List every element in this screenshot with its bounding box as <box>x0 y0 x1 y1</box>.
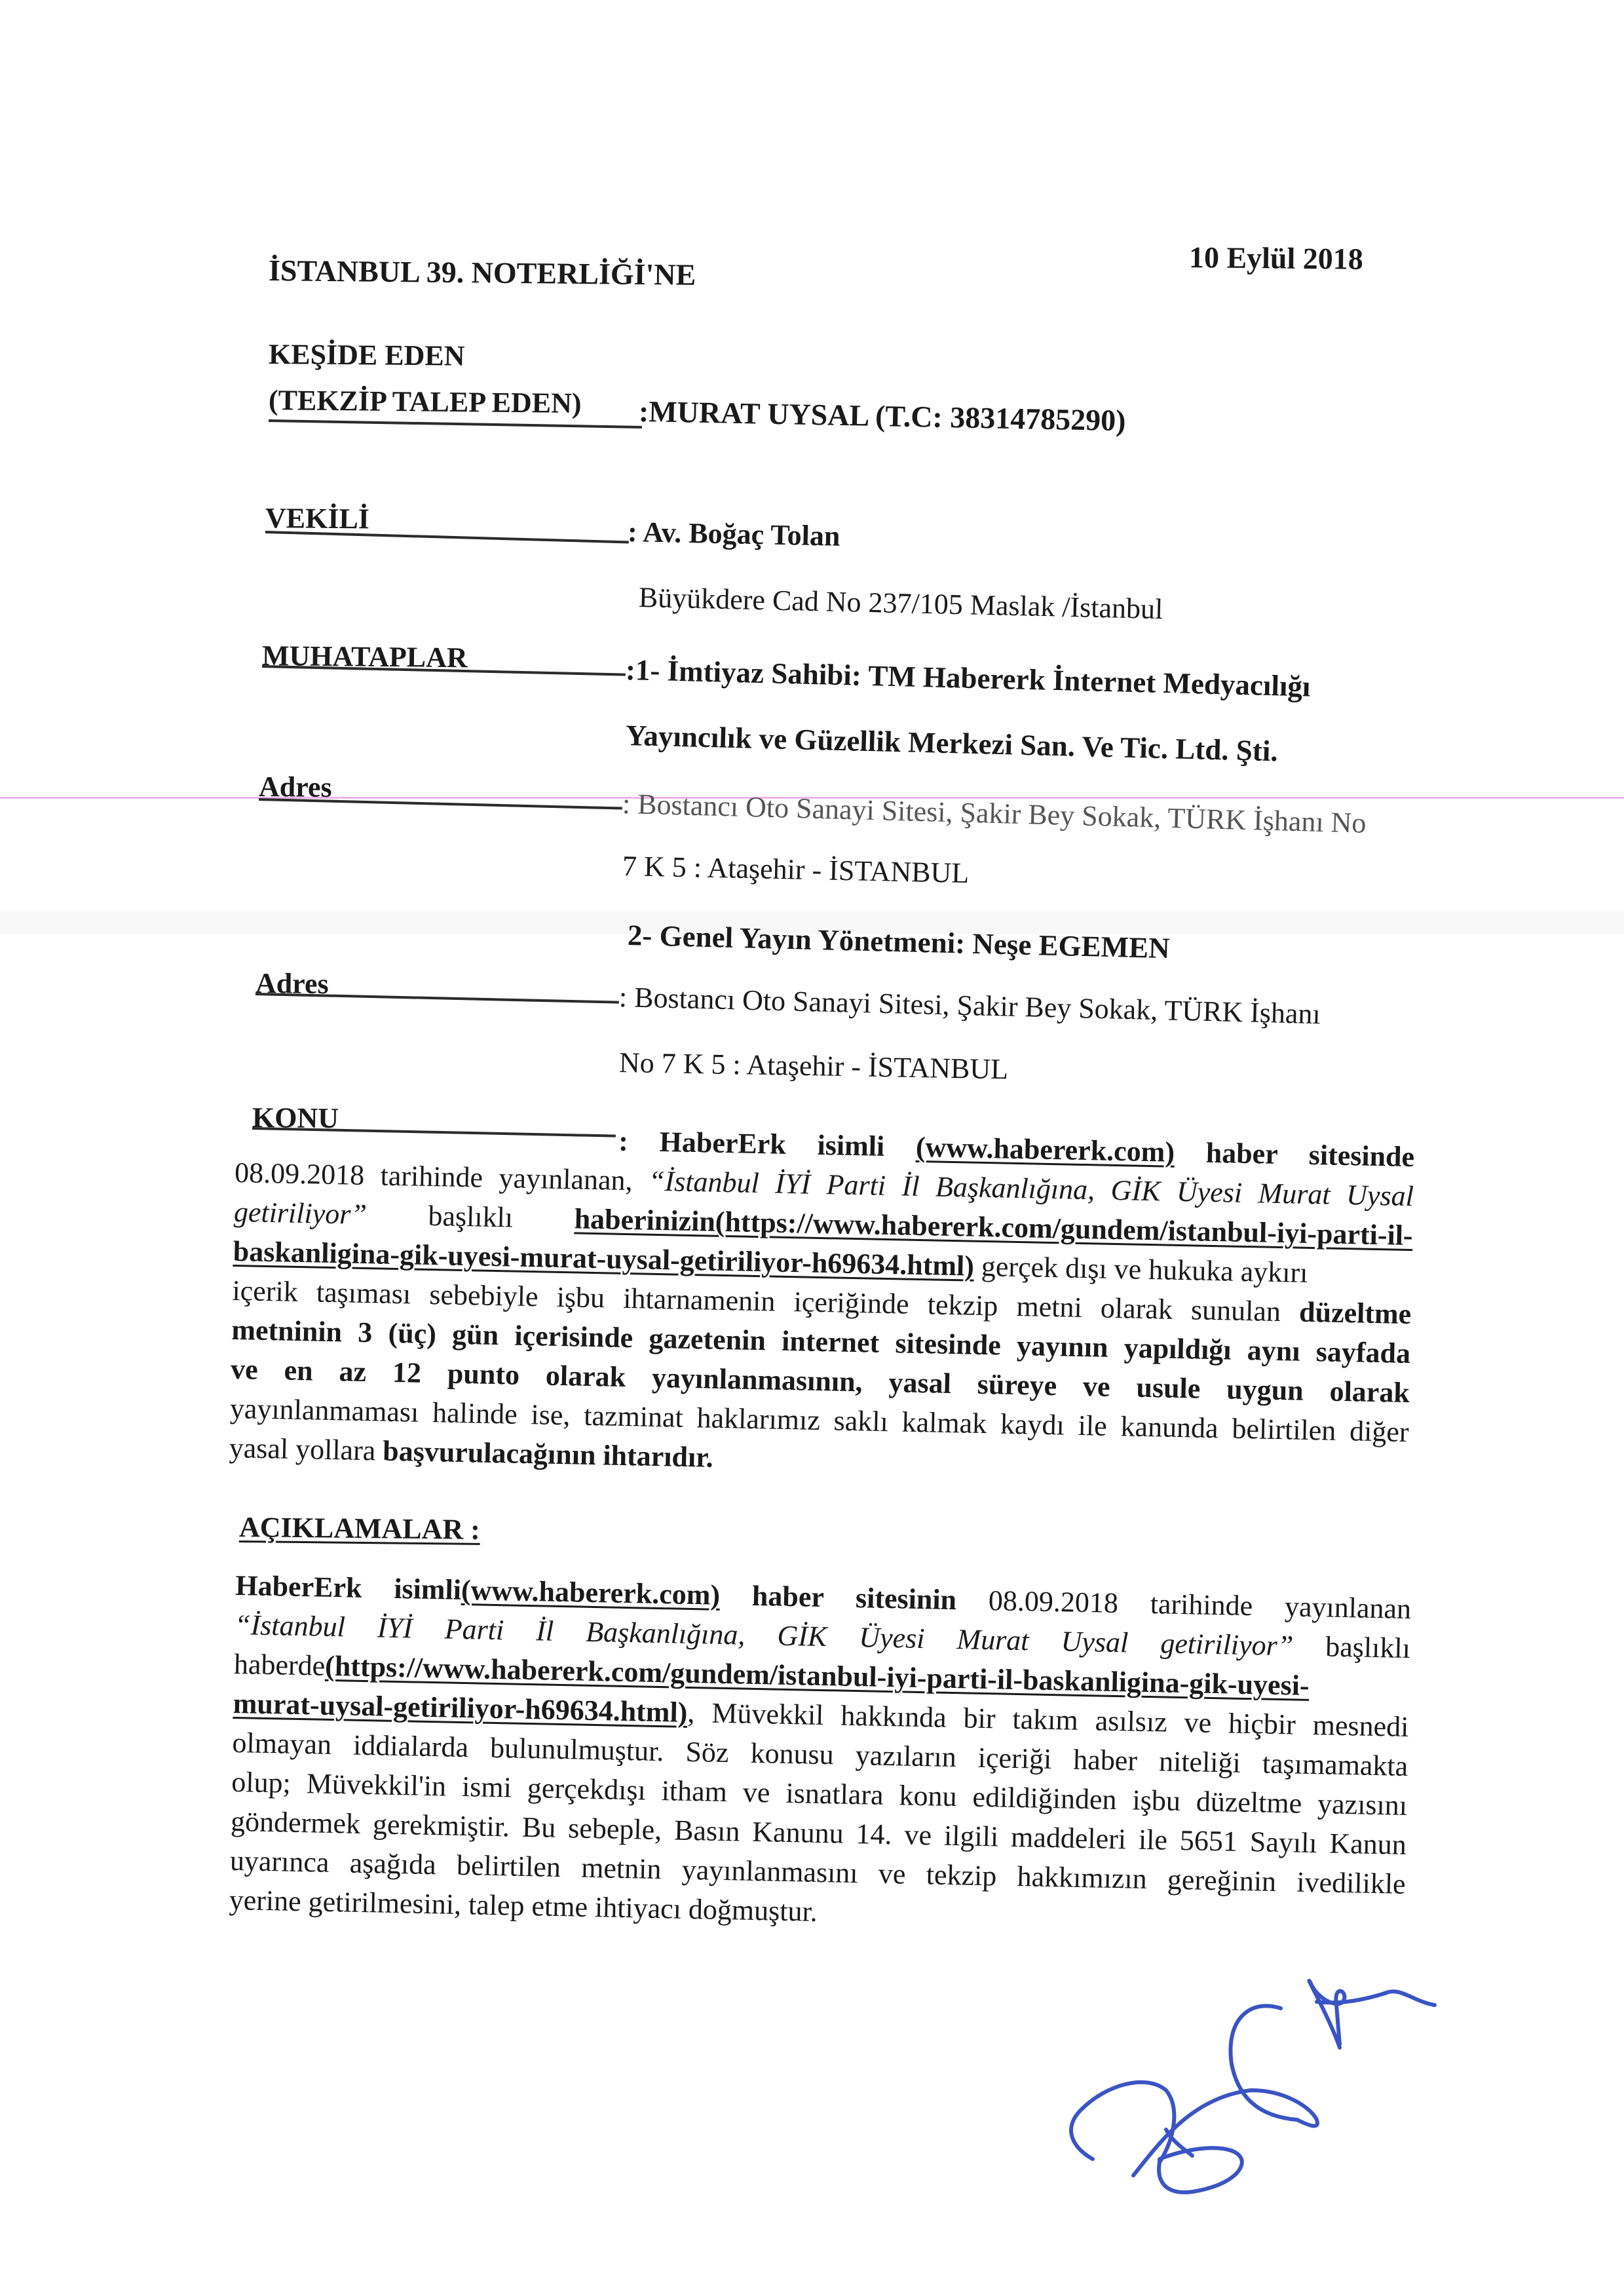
scanned-document-page: İSTANBUL 39. NOTERLİĞİ'NE 10 Eylül 2018 … <box>0 0 1624 2296</box>
muhatap-1-line-2: Yayıncılık ve Güzellik Merkezi San. Ve T… <box>625 721 1278 766</box>
aciklamalar-paragraph: HaberErk isimli(www.habererk.com) haber … <box>229 1566 1411 1943</box>
adres-2-line-2: No 7 K 5 : Ataşehir - İSTANBUL <box>619 1048 1009 1084</box>
vekili-address: Büyükdere Cad No 237/105 Maslak /İstanbu… <box>639 583 1163 624</box>
habererk-site-link-2[interactable]: (www.habererk.com) <box>461 1574 721 1611</box>
habererk-site-link[interactable]: (www.habererk.com) <box>915 1131 1175 1168</box>
tekzip-talep-eden-value: :MURAT UYSAL (T.C: 38314785290) <box>639 396 1126 436</box>
document-date: 10 Eylül 2018 <box>1189 242 1363 275</box>
tekzip-label-underline <box>269 419 642 429</box>
adres-2-line-1: : Bostancı Oto Sanayi Sitesi, Şakir Bey … <box>618 983 1321 1029</box>
addressee-heading: İSTANBUL 39. NOTERLİĞİ'NE <box>269 256 696 290</box>
adres-1-label-underline <box>259 798 622 810</box>
adres-1-line-2: 7 K 5 : Ataşehir - İSTANBUL <box>622 852 970 888</box>
handwritten-signature-icon <box>1035 1966 1494 2261</box>
keside-eden-label: KEŞİDE EDEN <box>269 337 465 373</box>
vekili-value: : Av. Boğaç Tolan <box>628 518 840 551</box>
tekzip-talep-eden-label: (TEKZİP TALEP EDEN) <box>269 383 582 420</box>
vekili-label-underline <box>265 531 629 543</box>
vekili-label: VEKİLİ <box>265 501 369 535</box>
muhatap-1-line-1: :1- İmtiyaz Sahibi: TM Habererk İnternet… <box>625 655 1311 702</box>
konu-paragraph: : HaberErk isimli (www.habererk.com) hab… <box>229 1114 1414 1491</box>
aciklamalar-label: AÇIKLAMALAR : <box>239 1510 480 1546</box>
news-article-link-2-continued[interactable]: murat-uysal-getiriliyor-h69634.html) <box>233 1687 688 1729</box>
